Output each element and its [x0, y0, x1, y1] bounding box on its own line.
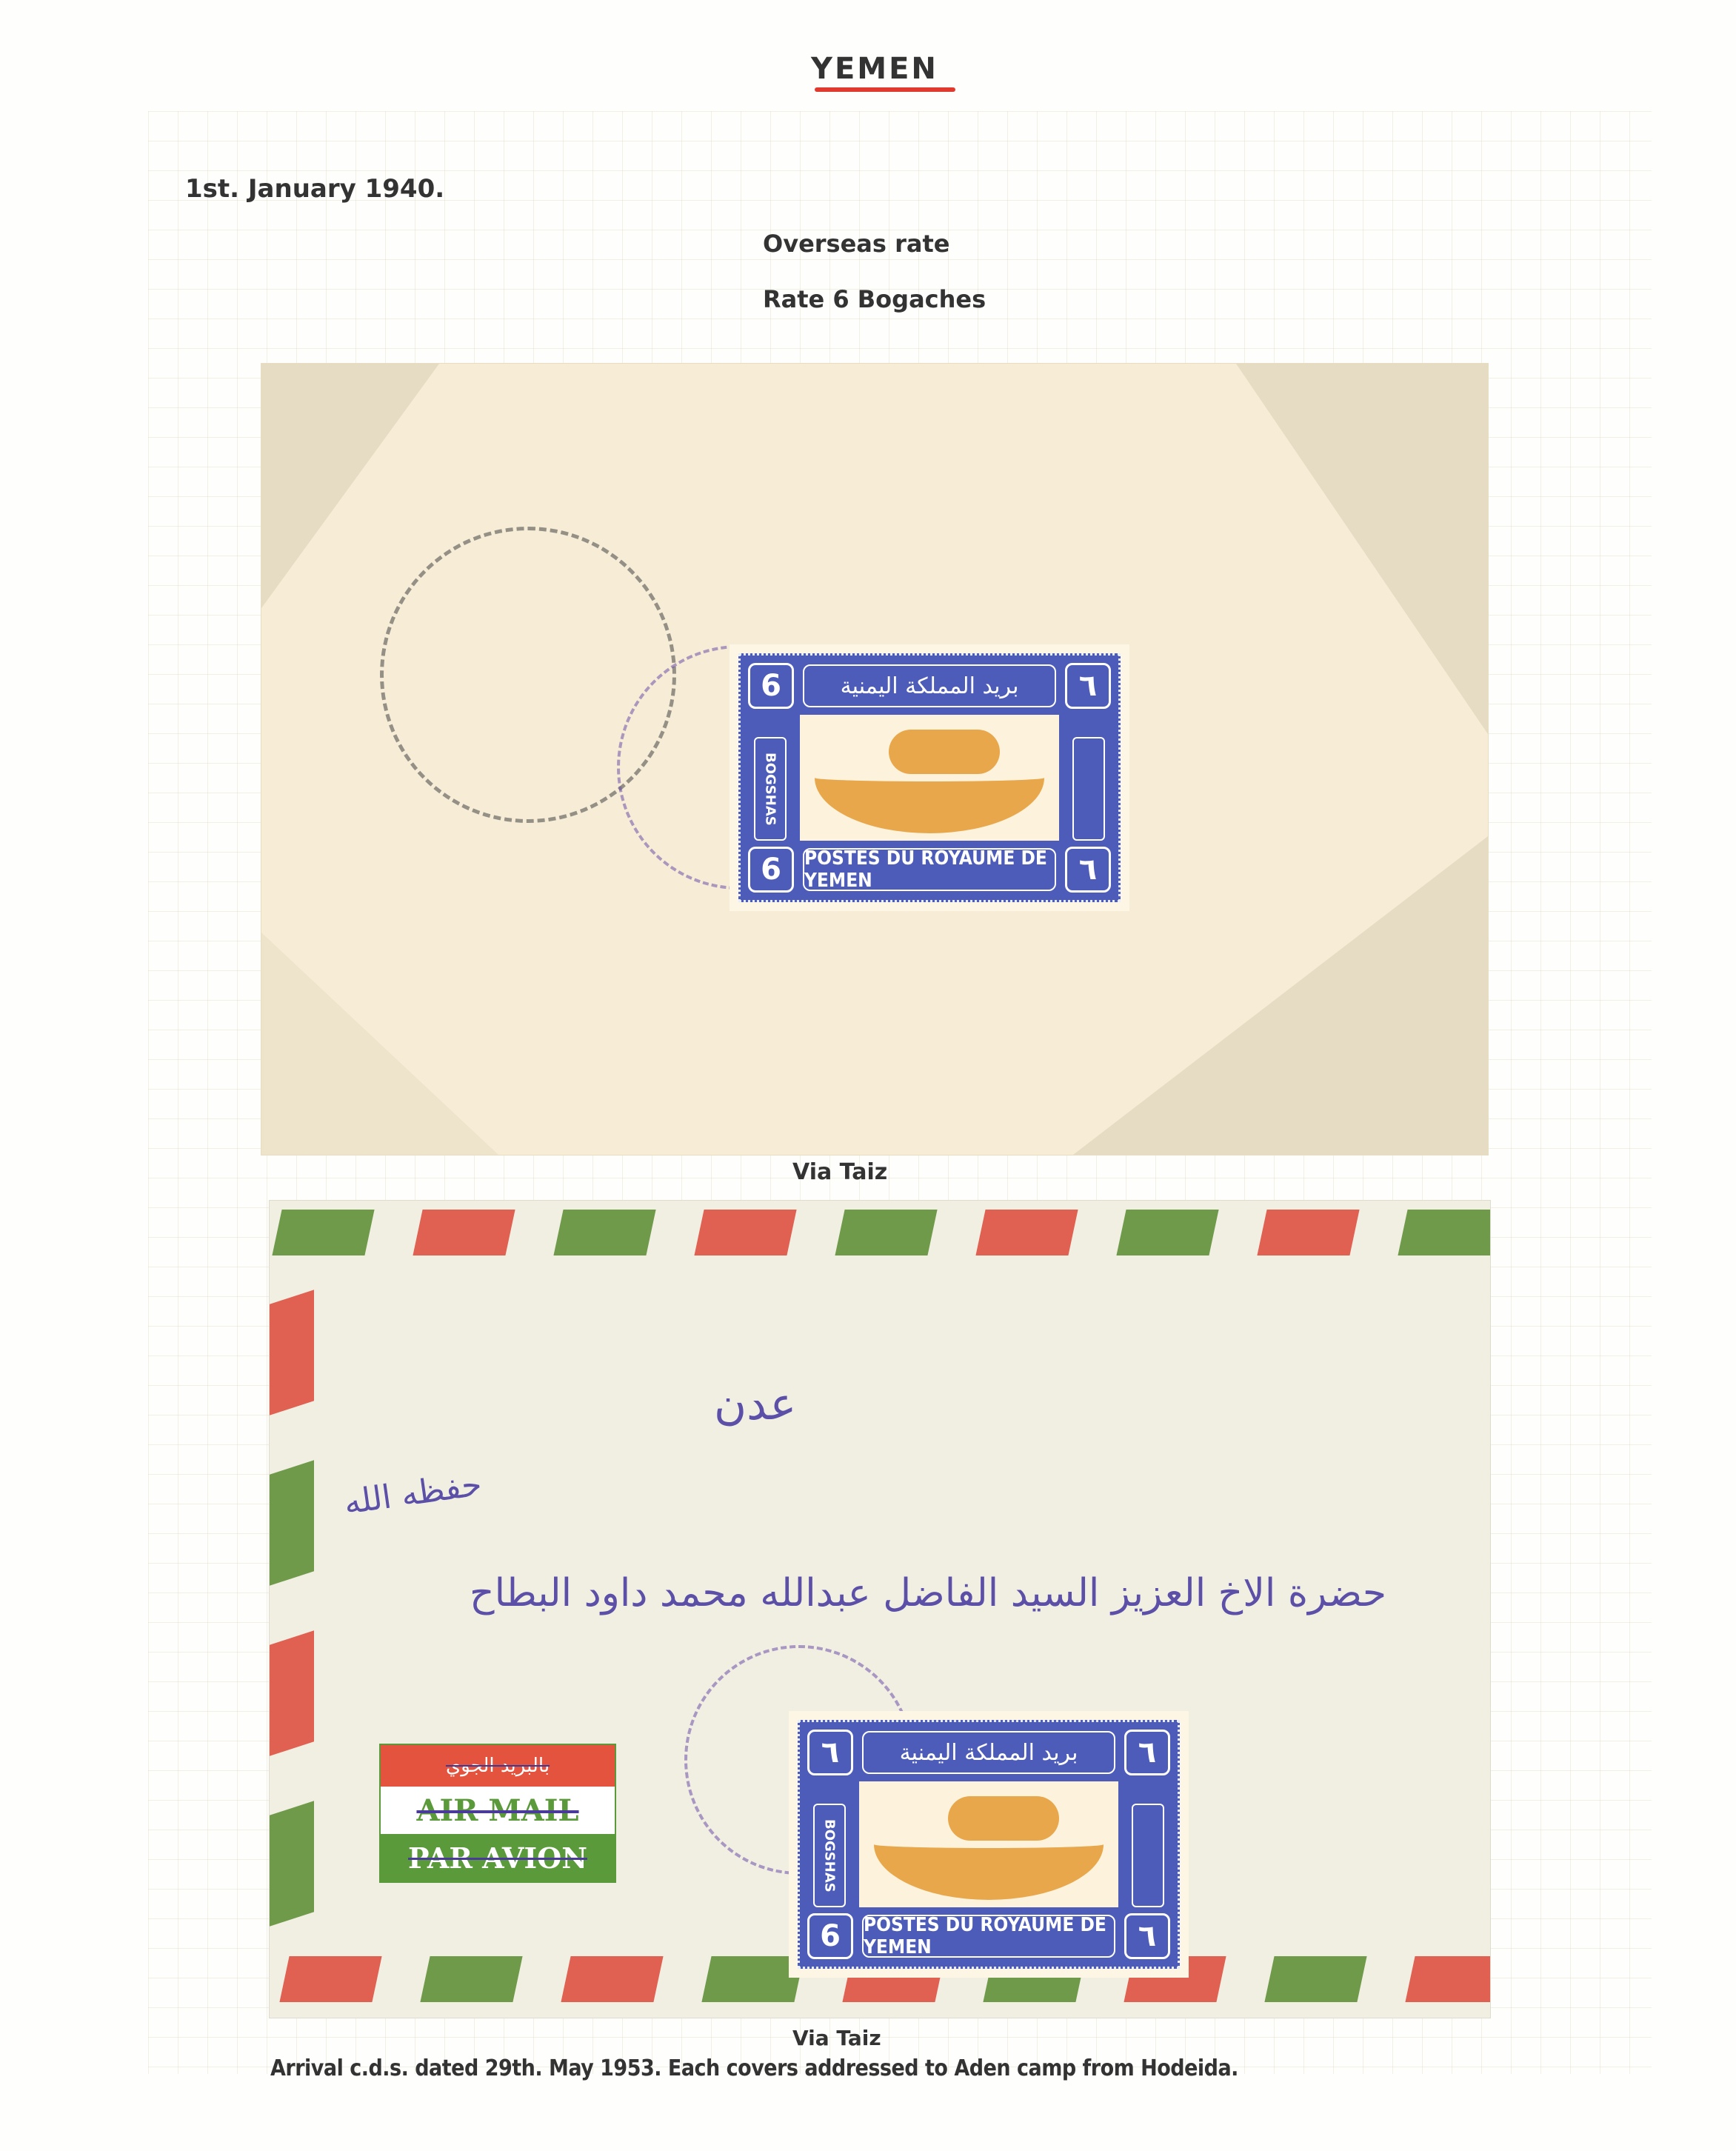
- airmail-border-stripe: [694, 1210, 796, 1255]
- envelope-flap: [1236, 364, 1488, 734]
- airmail-border-stripe: [553, 1210, 655, 1255]
- airmail-border-stripe: [835, 1210, 937, 1255]
- stamp-currency-label: BOGSHAS: [813, 1804, 846, 1907]
- airmail-border-stripe: [1405, 1956, 1491, 2002]
- airmail-border-stripe: [270, 1630, 314, 1755]
- airmail-border-stripe: [420, 1956, 522, 2002]
- stamp-center: [800, 715, 1059, 841]
- stamp-frame: 6 ٦ 6 ٦ بريد المملكة اليمنية BOGSHAS POS…: [738, 653, 1121, 902]
- address-city: عدن: [714, 1378, 796, 1430]
- airmail-border-stripe: [1264, 1956, 1366, 2002]
- cartouche-icon: [889, 730, 1000, 774]
- stamp-center: [859, 1781, 1118, 1907]
- stamp-arabic-inscription: بريد المملكة اليمنية: [862, 1731, 1115, 1774]
- stamp-currency-label: BOGSHAS: [754, 737, 787, 841]
- cover-caption: Via Taiz: [792, 2026, 881, 2050]
- stamp-lower: ٦ ٦ 6 ٦ بريد المملكة اليمنية BOGSHAS POS…: [789, 1711, 1189, 1978]
- date-heading: 1st. January 1940.: [185, 174, 444, 204]
- airmail-border-stripe: [1257, 1210, 1359, 1255]
- airmail-border-stripe: [1116, 1210, 1218, 1255]
- airmail-label-arabic: بالبريد الجوي: [381, 1745, 615, 1787]
- stamp-value-arabic: ٦: [1124, 1913, 1170, 1959]
- cartouche-icon: [948, 1796, 1059, 1841]
- rate-detail: Rate 6 Bogaches: [763, 285, 986, 313]
- stamp-arabic-inscription: بريد المملكة اليمنية: [803, 664, 1056, 707]
- airmail-border-stripe: [279, 1956, 381, 2002]
- airmail-border-stripe: [561, 1956, 663, 2002]
- envelope-flap: [261, 933, 498, 1155]
- airmail-border-stripe: [272, 1210, 374, 1255]
- stamp-upper: 6 ٦ 6 ٦ بريد المملكة اليمنية BOGSHAS POS…: [730, 644, 1129, 911]
- airmail-border-stripe: [1398, 1210, 1491, 1255]
- airmail-border-stripe: [270, 1460, 314, 1585]
- stamp-value-arabic: ٦: [1065, 847, 1111, 893]
- stamp-value: 6: [807, 1913, 853, 1959]
- stamp-value-arabic: ٦: [1065, 663, 1111, 709]
- album-page: YEMEN 1st. January 1940. Overseas rate R…: [0, 0, 1736, 2151]
- stamp-frame: ٦ ٦ 6 ٦ بريد المملكة اليمنية BOGSHAS POS…: [798, 1720, 1180, 1969]
- airmail-label-english: AIR MAIL: [381, 1787, 615, 1834]
- address-line: حضرة الاخ العزيز السيد الفاضل عبدالله مح…: [470, 1571, 1386, 1615]
- envelope-flap: [261, 364, 439, 608]
- address-honorific: حفظه الله: [341, 1465, 484, 1522]
- page-title: YEMEN: [811, 52, 938, 86]
- stamp-value: 6: [748, 663, 794, 709]
- airmail-border-stripe: [975, 1210, 1078, 1255]
- footer-note: Arrival c.d.s. dated 29th. May 1953. Eac…: [270, 2055, 1238, 2081]
- title-underline: [815, 87, 955, 92]
- stamp-country-inscription: POSTES DU ROYAUME DE YEMEN: [862, 1915, 1115, 1958]
- envelope-flap: [1073, 836, 1488, 1155]
- rate-heading: Overseas rate: [763, 230, 949, 258]
- stamp-side-ornament: [1132, 1804, 1164, 1907]
- cover-caption: Via Taiz: [792, 1159, 887, 1185]
- stamp-value-arabic: ٦: [807, 1730, 853, 1775]
- stamp-value: 6: [748, 847, 794, 893]
- stamp-country-inscription: POSTES DU ROYAUME DE YEMEN: [803, 848, 1056, 891]
- airmail-label-french: PAR AVION: [381, 1834, 615, 1881]
- airmail-border-stripe: [413, 1210, 515, 1255]
- airmail-border-stripe: [270, 1290, 314, 1415]
- airmail-border-stripe: [270, 1801, 314, 1926]
- airmail-label: بالبريد الجوي AIR MAIL PAR AVION: [379, 1744, 616, 1883]
- stamp-value-arabic: ٦: [1124, 1730, 1170, 1775]
- stamp-side-ornament: [1072, 737, 1105, 841]
